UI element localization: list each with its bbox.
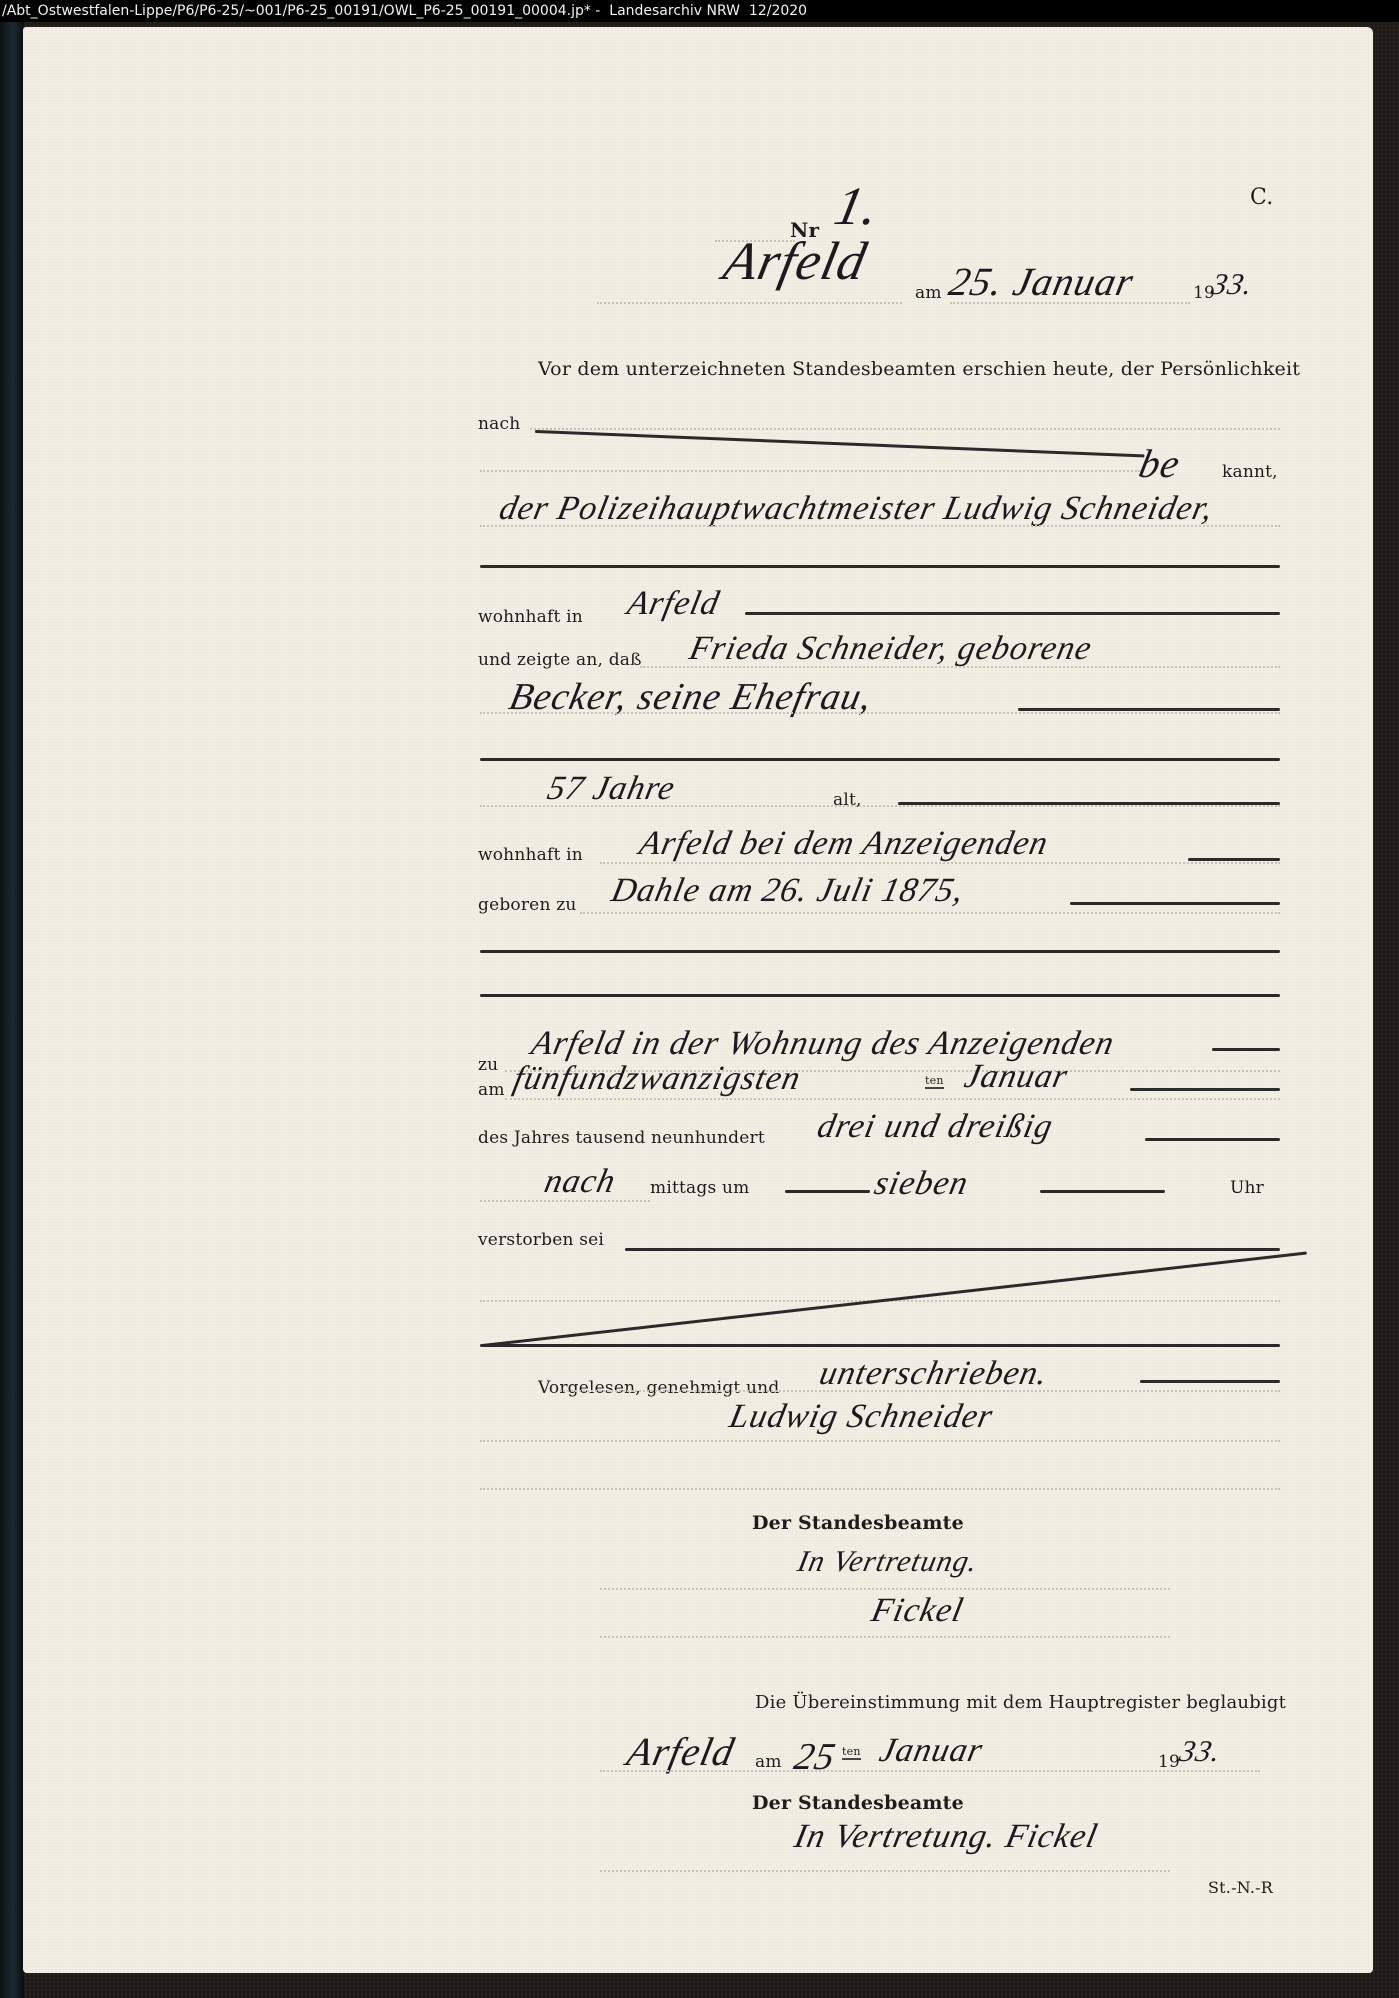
registrar-2-signature: In Vertretung. Fickel (791, 1818, 1101, 1856)
residence-2-value: Arfeld bei dem Anzeigenden (636, 825, 1052, 863)
window-title: /Abt_Ostwestfalen-Lippe/P6/P6-25/~001/P6… (2, 3, 807, 19)
certification-place: Arfeld (623, 1728, 739, 1775)
age-label: alt, (833, 790, 862, 810)
declaration-line1: Frieda Schneider, geborene (686, 630, 1096, 668)
certification-year-suffix: 33. (1176, 1735, 1224, 1769)
age-value: 57 Jahre (544, 770, 679, 808)
residence-2-label: wohnhaft in (478, 845, 583, 865)
death-time-label: mittags um (650, 1178, 749, 1198)
certification-am-label: am (755, 1752, 782, 1772)
death-year-label: des Jahres tausend neunhundert (478, 1128, 765, 1148)
death-place-label: zu (478, 1055, 498, 1075)
uhr-label: Uhr (1230, 1178, 1264, 1198)
book-binding (0, 22, 24, 1998)
document-page (23, 27, 1373, 1973)
registrar-1-line1: In Vertretung. (794, 1545, 981, 1579)
header-place: Arfeld (718, 230, 872, 292)
death-daypart: nach (541, 1163, 619, 1201)
informant-signature: Ludwig Schneider (726, 1398, 997, 1436)
form-code: St.-N.-R (1208, 1878, 1273, 1897)
header-am-label: am (915, 283, 942, 303)
residence-1-label: wohnhaft in (478, 607, 583, 627)
registrar-2-title: Der Standesbeamte (752, 1792, 964, 1814)
certification-ten-label: ten (842, 1745, 861, 1760)
death-day-value: fünfundzwanzigsten (510, 1060, 804, 1098)
certification-text: Die Übereinstimmung mit dem Hauptregiste… (755, 1692, 1286, 1713)
death-month-value: Januar (961, 1058, 1071, 1096)
birth-value: Dahle am 26. Juli 1875, (608, 872, 968, 910)
residence-1-value: Arfeld (624, 585, 723, 623)
header-date: 25. Januar (945, 258, 1138, 305)
death-hour-value: sieben (871, 1165, 972, 1203)
death-am-label: am (478, 1080, 505, 1100)
form-letter: C. (1250, 185, 1273, 210)
window-title-bar: /Abt_Ostwestfalen-Lippe/P6/P6-25/~001/P6… (0, 0, 1399, 22)
registrar-1-signature: Fickel (868, 1592, 967, 1630)
closing-value: unterschrieben. (816, 1355, 1052, 1393)
person-value: der Polizeihauptwachtmeister Ludwig Schn… (496, 490, 1217, 528)
registrar-1-title: Der Standesbeamte (752, 1512, 964, 1534)
closing-label: Vorgelesen, genehmigt und (538, 1378, 779, 1398)
nach-label: nach (478, 414, 520, 434)
kannt-label: kannt, (1222, 462, 1278, 482)
died-label: verstorben sei (478, 1230, 604, 1250)
death-ten-label: ten (925, 1074, 944, 1089)
declaration-label: und zeigte an, daß (478, 650, 642, 670)
death-year-words: drei und dreißig (814, 1108, 1057, 1146)
intro-text: Vor dem unterzeichneten Standesbeamten e… (538, 358, 1300, 380)
certification-month: Januar (876, 1732, 986, 1770)
header-year-suffix: 33. (1208, 268, 1256, 302)
birth-label: geboren zu (478, 895, 577, 915)
